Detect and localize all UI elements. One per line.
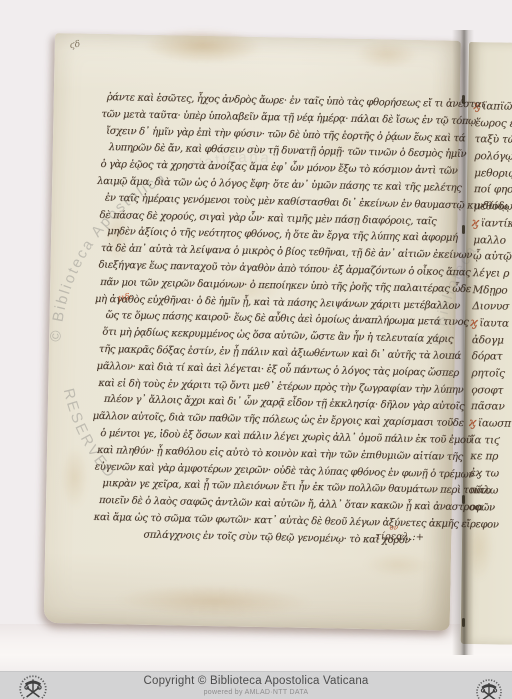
- manuscript-line: Διονυσ: [470, 298, 512, 315]
- line-text: μεθοριῳ: [474, 167, 512, 180]
- manuscript-line: ἐϗ τω: [468, 465, 512, 482]
- manuscript-line: ρολόγῳ: [472, 148, 512, 165]
- manuscript-line: ρητοῖς: [469, 365, 512, 382]
- footer-copyright-text: Copyright © Biblioteca Apostolica Vatica…: [0, 675, 512, 687]
- line-text: Διονυσ: [472, 300, 509, 313]
- line-text: δόρατ: [472, 350, 503, 362]
- vatican-library-seal-icon: [17, 673, 49, 699]
- manuscript-page-left: ϛδ μδ· ῥάντε καὶ ἑσῶτες, ἦχος ἀνδρὸς ἄωρ…: [44, 33, 461, 631]
- binding-gutter: [452, 30, 474, 655]
- manuscript-line: μαλλο: [471, 232, 512, 249]
- manuscript-line: ταξὺ τῶ: [473, 131, 512, 148]
- binding-stitch: [462, 225, 465, 234]
- line-text: ἐϗ τω: [470, 467, 499, 479]
- page-stain: [363, 551, 433, 578]
- manuscript-line: Μδῃρο: [470, 282, 512, 299]
- line-text: ρολόγῳ: [474, 150, 512, 163]
- binding-stitch: [462, 95, 465, 104]
- page-stain: [60, 445, 89, 510]
- line-text: ᾧ αὐτῷ: [473, 250, 512, 263]
- manuscript-line: μεθοριῳ: [472, 165, 512, 182]
- binding-stitch: [462, 495, 465, 504]
- line-text: ϊαντίκ: [481, 217, 512, 229]
- backing-sheet: [0, 624, 512, 672]
- colophon-superscript: ον: [389, 524, 398, 532]
- manuscript-line: ἕωρος ἐ: [473, 115, 512, 132]
- line-text: ρητοῖς: [471, 367, 505, 379]
- line-text: ϙσοφτ: [471, 384, 503, 396]
- colophon-text: τίρεαλ.:+: [375, 531, 424, 543]
- line-text: ἴα τιϛ: [470, 434, 499, 446]
- left-page-text: ῥάντε καὶ ἑσῶτες, ἦχος ἀνδρὸς ἄωρε· ἐν τ…: [95, 92, 456, 552]
- manuscript-line: ἀδογμ: [470, 332, 512, 349]
- manuscript-line: ϗϊαωσπ: [469, 415, 512, 432]
- line-text: ϊαυτα: [479, 317, 509, 329]
- line-text: ἕωρος ἐ: [475, 117, 512, 130]
- manuscript-line: ϗϊαντίκ: [471, 215, 512, 232]
- manuscript-line: ἴα τιϛ: [468, 432, 512, 449]
- line-text: ταξὺ τῶ: [475, 133, 512, 146]
- footer-bar: Copyright © Biblioteca Apostolica Vatica…: [0, 671, 512, 699]
- manuscript-line: ϙσοφτ: [469, 382, 512, 399]
- manuscript-line: ϗϊαυτα: [470, 315, 512, 332]
- manuscript-line: πᾶσαν: [469, 398, 512, 415]
- folio-mark: ϛδ: [69, 39, 81, 51]
- line-text: κε πρ: [470, 451, 498, 463]
- vatican-library-seal-icon: [474, 677, 504, 699]
- manuscript-line: κε πρ: [468, 448, 512, 465]
- line-text: ἀδογμ: [472, 334, 504, 346]
- footer-powered-by-text: powered by AMLAD·NTT DATA: [0, 689, 512, 696]
- colophon: ον τίρεαλ.:+: [375, 531, 424, 543]
- manuscript-line: δόρατ: [469, 348, 512, 365]
- page-stain: [354, 39, 419, 70]
- manuscript-line: ᾧ αὐτῷ: [471, 248, 512, 265]
- line-text: πᾶσαν: [471, 400, 505, 412]
- line-text: λέγει ρ: [473, 267, 510, 280]
- line-text: ϊαπϊῶ τ: [482, 100, 512, 113]
- manuscript-line: λέγει ρ: [471, 265, 512, 282]
- manuscript-scan-viewer: ϗϊαπϊῶ τ ἕωρος ἐ ταξὺ τῶ ρολόγῳ μεθοριῳ …: [0, 0, 512, 699]
- page-stain: [142, 27, 263, 65]
- line-text: μαλλο: [473, 234, 506, 246]
- line-text: ϊαωσπ: [478, 417, 511, 429]
- page-stain: [114, 582, 315, 620]
- binding-stitch: [462, 618, 465, 627]
- line-text: Μδῃρο: [472, 284, 507, 296]
- line-text: ποί φησ: [474, 184, 512, 197]
- manuscript-line: ποί φησ: [472, 182, 512, 199]
